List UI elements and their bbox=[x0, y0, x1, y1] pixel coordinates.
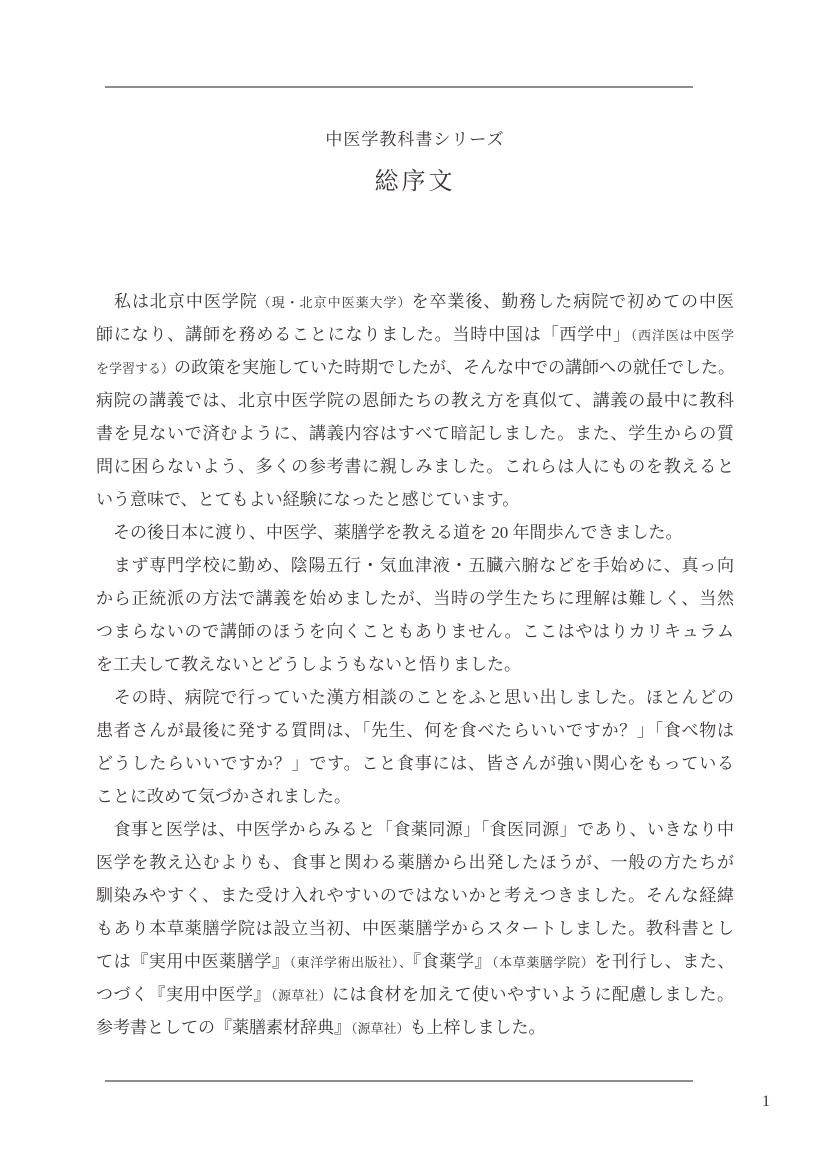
text-line: ては『実用中医薬膳学』（東洋学術出版社）、『食薬学』（本草薬膳学院）を刊行し、ま… bbox=[96, 945, 734, 978]
text-line: 私は北京中医学院（現・北京中医薬大学）を卒業後、勤務した病院で初めての中医 bbox=[96, 285, 734, 318]
text-line: 参考書としての『薬膳素材辞典』（源草社）も上梓しました。 bbox=[96, 1011, 734, 1044]
body-run: つづく『実用中医学』 bbox=[96, 985, 271, 1004]
inline-note-text: （西洋医は中医学 bbox=[631, 328, 734, 343]
text-line: いう意味で、とてもよい経験になったと感じています。 bbox=[96, 483, 734, 516]
body-run: 馴染みやすく、また受け入れやすいのではないかと考えつきました。そんな経緯 bbox=[96, 886, 734, 905]
body-run: つまらないので講師のほうを向くこともありません。ここはやはりカリキュラム bbox=[96, 622, 734, 641]
text-line: から正統派の方法で講義を始めましたが、当時の学生たちに理解は難しく、当然 bbox=[96, 582, 734, 615]
series-title: 中医学教科書シリーズ bbox=[96, 131, 734, 149]
text-line: その後日本に渡り、中医学、薬膳学を教える道を 20 年間歩んできました。 bbox=[96, 516, 734, 549]
body-run: を工夫して教えないとどうしようもないと悟りました。 bbox=[96, 655, 521, 674]
text-line: 師になり、講師を務めることになりました。当時中国は「西学中」（西洋医は中医学 bbox=[96, 318, 734, 351]
inline-note-text: （源草社） bbox=[351, 1021, 410, 1036]
header-rule bbox=[105, 86, 693, 88]
body-run: から正統派の方法で講義を始めましたが、当時の学生たちに理解は難しく、当然 bbox=[96, 589, 734, 608]
text-line: 食事と医学は、中医学からみると「食薬同源」「食医同源」であり、いきなり中 bbox=[96, 813, 734, 846]
body-run: を刊行し、また、 bbox=[594, 952, 734, 971]
text-line: を工夫して教えないとどうしようもないと悟りました。 bbox=[96, 648, 734, 681]
body-run: の政策を実施していた時期でしたが、そんな中での講師への就任でした。 bbox=[174, 358, 735, 377]
text-line: 患者さんが最後に発する質問は、「先生、何を食べたらいいですか？」「食べ物は bbox=[96, 714, 734, 747]
body-run: 書を見ないで済むように、講義内容はすべて暗記しました。また、学生からの質 bbox=[96, 424, 734, 443]
text-line: 問に困らないよう、多くの参考書に親しみました。これらは人にものを教えると bbox=[96, 450, 734, 483]
body-run: 問に困らないよう、多くの参考書に親しみました。これらは人にものを教えると bbox=[96, 457, 734, 476]
body-run: には食材を加えて使いやすいように配慮しました。 bbox=[332, 985, 734, 1004]
inline-note-text: を学習する） bbox=[96, 361, 174, 376]
body-run: その時、病院で行っていた漢方相談のことをふと思い出しました。ほとんどの bbox=[96, 688, 734, 707]
inline-note-text: （現・北京中医薬大学） bbox=[258, 295, 412, 310]
text-line: ことに改めて気づかされました。 bbox=[96, 780, 734, 813]
footer-rule bbox=[105, 1080, 693, 1082]
body-run: もあり本草薬膳学院は設立当初、中医薬膳学からスタートしました。教科書とし bbox=[96, 919, 734, 938]
body-run: 参考書としての『薬膳素材辞典』 bbox=[96, 1018, 351, 1037]
text-line: 病院の講義では、北京中医学院の恩師たちの教え方を真似て、講義の最中に教科 bbox=[96, 384, 734, 417]
body-run: どうしたらいいですか？」です。こと食事には、皆さんが強い関心をもっている bbox=[96, 754, 734, 773]
document-page: 中医学教科書シリーズ 総序文 私は北京中医学院（現・北京中医薬大学）を卒業後、勤… bbox=[0, 0, 830, 1172]
body-run: 私は北京中医学院 bbox=[96, 292, 258, 311]
body-run: も上梓しました。 bbox=[410, 1018, 546, 1037]
page-number: 1 bbox=[700, 1093, 770, 1111]
text-line: を学習する）の政策を実施していた時期でしたが、そんな中での講師への就任でした。 bbox=[96, 351, 734, 384]
body-text: 私は北京中医学院（現・北京中医薬大学）を卒業後、勤務した病院で初めての中医師にな… bbox=[96, 285, 734, 1044]
inline-note-text: （源草社） bbox=[271, 988, 332, 1003]
body-run: いう意味で、とてもよい経験になったと感じています。 bbox=[96, 490, 519, 509]
text-line: その時、病院で行っていた漢方相談のことをふと思い出しました。ほとんどの bbox=[96, 681, 734, 714]
inline-note-text: （東洋学術出版社）、 bbox=[290, 955, 413, 970]
body-run: 『食薬学』 bbox=[413, 952, 492, 971]
text-line: 書を見ないで済むように、講義内容はすべて暗記しました。また、学生からの質 bbox=[96, 417, 734, 450]
text-line: 馴染みやすく、また受け入れやすいのではないかと考えつきました。そんな経緯 bbox=[96, 879, 734, 912]
body-run: を卒業後、勤務した病院で初めての中医 bbox=[411, 292, 734, 311]
body-run: ことに改めて気づかされました。 bbox=[96, 787, 351, 806]
body-run: ては『実用中医薬膳学』 bbox=[96, 952, 290, 971]
body-run: 患者さんが最後に発する質問は、「先生、何を食べたらいいですか？」「食べ物は bbox=[96, 721, 734, 740]
text-line: もあり本草薬膳学院は設立当初、中医薬膳学からスタートしました。教科書とし bbox=[96, 912, 734, 945]
body-run: まず専門学校に勤め、陰陽五行・気血津液・五臓六腑などを手始めに、真っ向 bbox=[96, 556, 734, 575]
text-line: つまらないので講師のほうを向くこともありません。ここはやはりカリキュラム bbox=[96, 615, 734, 648]
body-run: その後日本に渡り、中医学、薬膳学を教える道を 20 年間歩んできました。 bbox=[96, 523, 683, 542]
body-run: 師になり、講師を務めることになりました。当時中国は「西学中」 bbox=[96, 325, 631, 344]
text-line: 医学を教え込むよりも、食事と関わる薬膳から出発したほうが、一般の方たちが bbox=[96, 846, 734, 879]
inline-note-text: （本草薬膳学院） bbox=[492, 955, 594, 970]
text-line: つづく『実用中医学』（源草社）には食材を加えて使いやすいように配慮しました。 bbox=[96, 978, 734, 1011]
body-run: 食事と医学は、中医学からみると「食薬同源」「食医同源」であり、いきなり中 bbox=[96, 820, 734, 839]
text-line: どうしたらいいですか？」です。こと食事には、皆さんが強い関心をもっている bbox=[96, 747, 734, 780]
body-run: 病院の講義では、北京中医学院の恩師たちの教え方を真似て、講義の最中に教科 bbox=[96, 391, 734, 410]
body-run: 医学を教え込むよりも、食事と関わる薬膳から出発したほうが、一般の方たちが bbox=[96, 853, 734, 872]
document-title: 総序文 bbox=[96, 168, 734, 196]
text-line: まず専門学校に勤め、陰陽五行・気血津液・五臓六腑などを手始めに、真っ向 bbox=[96, 549, 734, 582]
